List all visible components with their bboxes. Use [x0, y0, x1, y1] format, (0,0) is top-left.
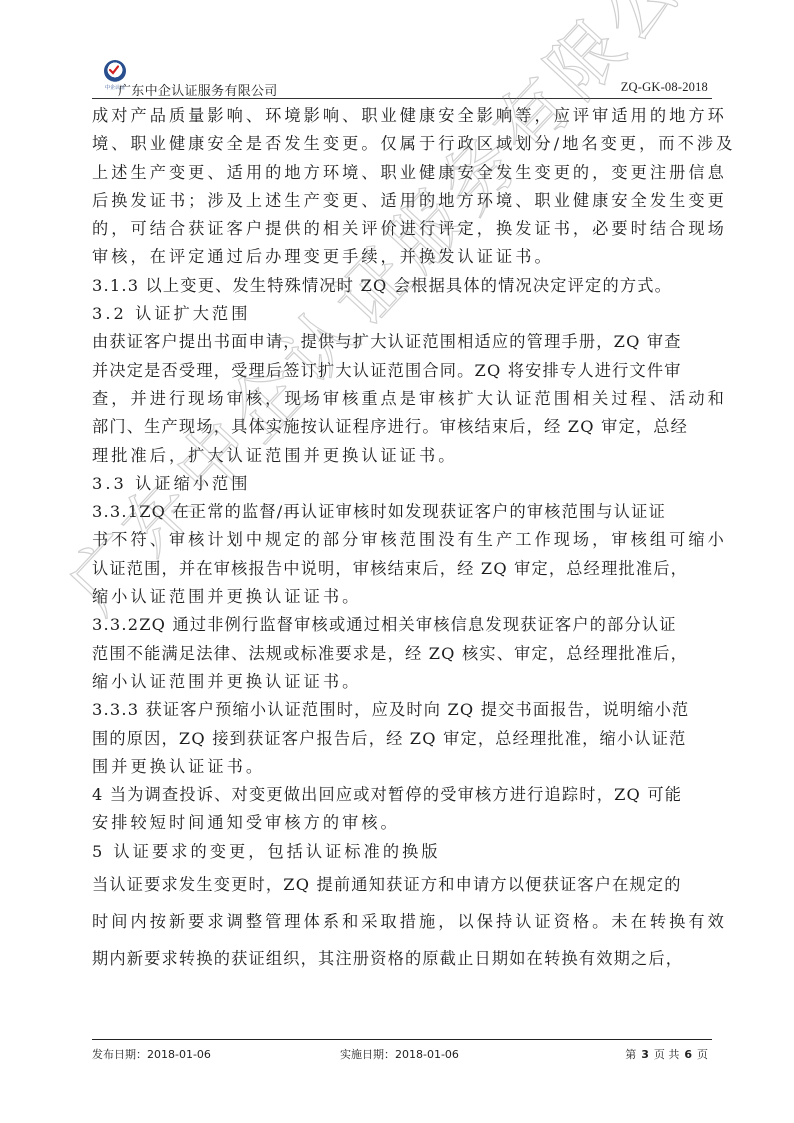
text-line: 时间内按新要求调整管理体系和采取措施，以保持认证资格。未在转换有效	[92, 903, 716, 940]
page-middle: 页 共	[654, 1048, 680, 1061]
text-line: 当认证要求发生变更时，ZQ 提前通知获证方和申请方以便获证客户在规定的	[92, 866, 716, 903]
text-line: 查，并进行现场审核，现场审核重点是审核扩大认证范围相关过程、活动和	[92, 385, 716, 413]
text-line: 围并更换认证证书。	[92, 753, 716, 781]
clause-3-3-2: 3.3.2ZQ 通过非例行监督审核或通过相关审核信息发现获证客户的部分认证	[92, 611, 716, 639]
clause-3-3-3: 3.3.3 获证客户预缩小认证范围时，应及时向 ZQ 提交书面报告，说明缩小范	[92, 696, 716, 724]
page-current: 3	[641, 1048, 649, 1061]
text-line: 期内新要求转换的获证组织，其注册资格的原截止日期如在转换有效期之后，	[92, 940, 716, 977]
section-heading-3-3: 3.3 认证缩小范围	[92, 470, 716, 498]
section-heading-3-2: 3.2 认证扩大范围	[92, 300, 716, 328]
text-line: 上述生产变更、适用的地方环境、职业健康安全发生变更的，变更注册信息	[92, 159, 716, 187]
clause-3-3-1: 3.3.1ZQ 在正常的监督/再认证审核时如发现获证客户的审核范围与认证证	[92, 498, 716, 526]
page-prefix: 第	[625, 1048, 636, 1061]
document-number: ZQ-GK-08-2018	[621, 80, 708, 95]
clause-3-1-3: 3.1.3 以上变更、发生特殊情况时 ZQ 会根据具体的情况决定评定的方式。	[92, 272, 716, 300]
implementation-date: 实施日期：2018-01-06	[340, 1046, 459, 1062]
text-line: 安排较短时间通知受审核方的审核。	[92, 809, 716, 837]
text-line: 书不符、审核计划中规定的部分审核范围没有生产工作现场，审核组可缩小	[92, 526, 716, 554]
page-footer: 发布日期：2018-01-06 实施日期：2018-01-06 第3页 共6页	[92, 1039, 712, 1064]
page-number: 第3页 共6页	[625, 1046, 708, 1062]
text-line: 的，可结合获证客户提供的相关评价进行评定，换发证书，必要时结合现场	[92, 215, 716, 243]
text-line: 缩小认证范围并更换认证证书。	[92, 668, 716, 696]
text-line: 缩小认证范围并更换认证证书。	[92, 583, 716, 611]
document-body: 成对产品质量影响、环境影响、职业健康安全影响等，应评审适用的地方环 境、职业健康…	[92, 102, 716, 977]
section-4: 4 当为调查投诉、对变更做出回应或对暂停的受审核方进行追踪时，ZQ 可能	[92, 781, 716, 809]
section-heading-5: 5 认证要求的变更，包括认证标准的换版	[92, 838, 716, 866]
text-line: 成对产品质量影响、环境影响、职业健康安全影响等，应评审适用的地方环	[92, 102, 716, 130]
text-line: 境、职业健康安全是否发生变更。仅属于行政区域划分/地名变更，而不涉及	[92, 130, 716, 158]
text-line: 部门、生产现场，具体实施按认证程序进行。审核结束后，经 ZQ 审定，总经	[92, 413, 716, 441]
page-suffix: 页	[697, 1048, 708, 1061]
page-header: 中企认证 广东中企认证服务有限公司 ZQ-GK-08-2018	[92, 60, 712, 99]
text-line: 认证范围，并在审核报告中说明，审核结束后，经 ZQ 审定，总经理批准后，	[92, 555, 716, 583]
checkmark-icon	[109, 65, 119, 75]
document-page: 中企认证 广东中企认证服务有限公司 ZQ-GK-08-2018 成对产品质量影响…	[0, 0, 794, 1123]
issue-date: 发布日期：2018-01-06	[92, 1046, 211, 1062]
text-line: 并决定是否受理，受理后签订扩大认证范围合同。ZQ 将安排专人进行文件审	[92, 357, 716, 385]
text-line: 由获证客户提出书面申请，提供与扩大认证范围相适应的管理手册，ZQ 审查	[92, 328, 716, 356]
text-line: 范围不能满足法律、法规或标准要求是，经 ZQ 核实、审定，总经理批准后，	[92, 640, 716, 668]
text-line: 理批准后，扩大认证范围并更换认证证书。	[92, 442, 716, 470]
text-line: 围的原因，ZQ 接到获证客户报告后，经 ZQ 审定，总经理批准，缩小认证范	[92, 725, 716, 753]
company-name: 广东中企认证服务有限公司	[118, 80, 278, 99]
text-line: 后换发证书；涉及上述生产变更、适用的地方环境、职业健康安全发生变更	[92, 187, 716, 215]
text-line: 审核，在评定通过后办理变更手续，并换发认证证书。	[92, 243, 716, 271]
page-total: 6	[684, 1048, 692, 1061]
